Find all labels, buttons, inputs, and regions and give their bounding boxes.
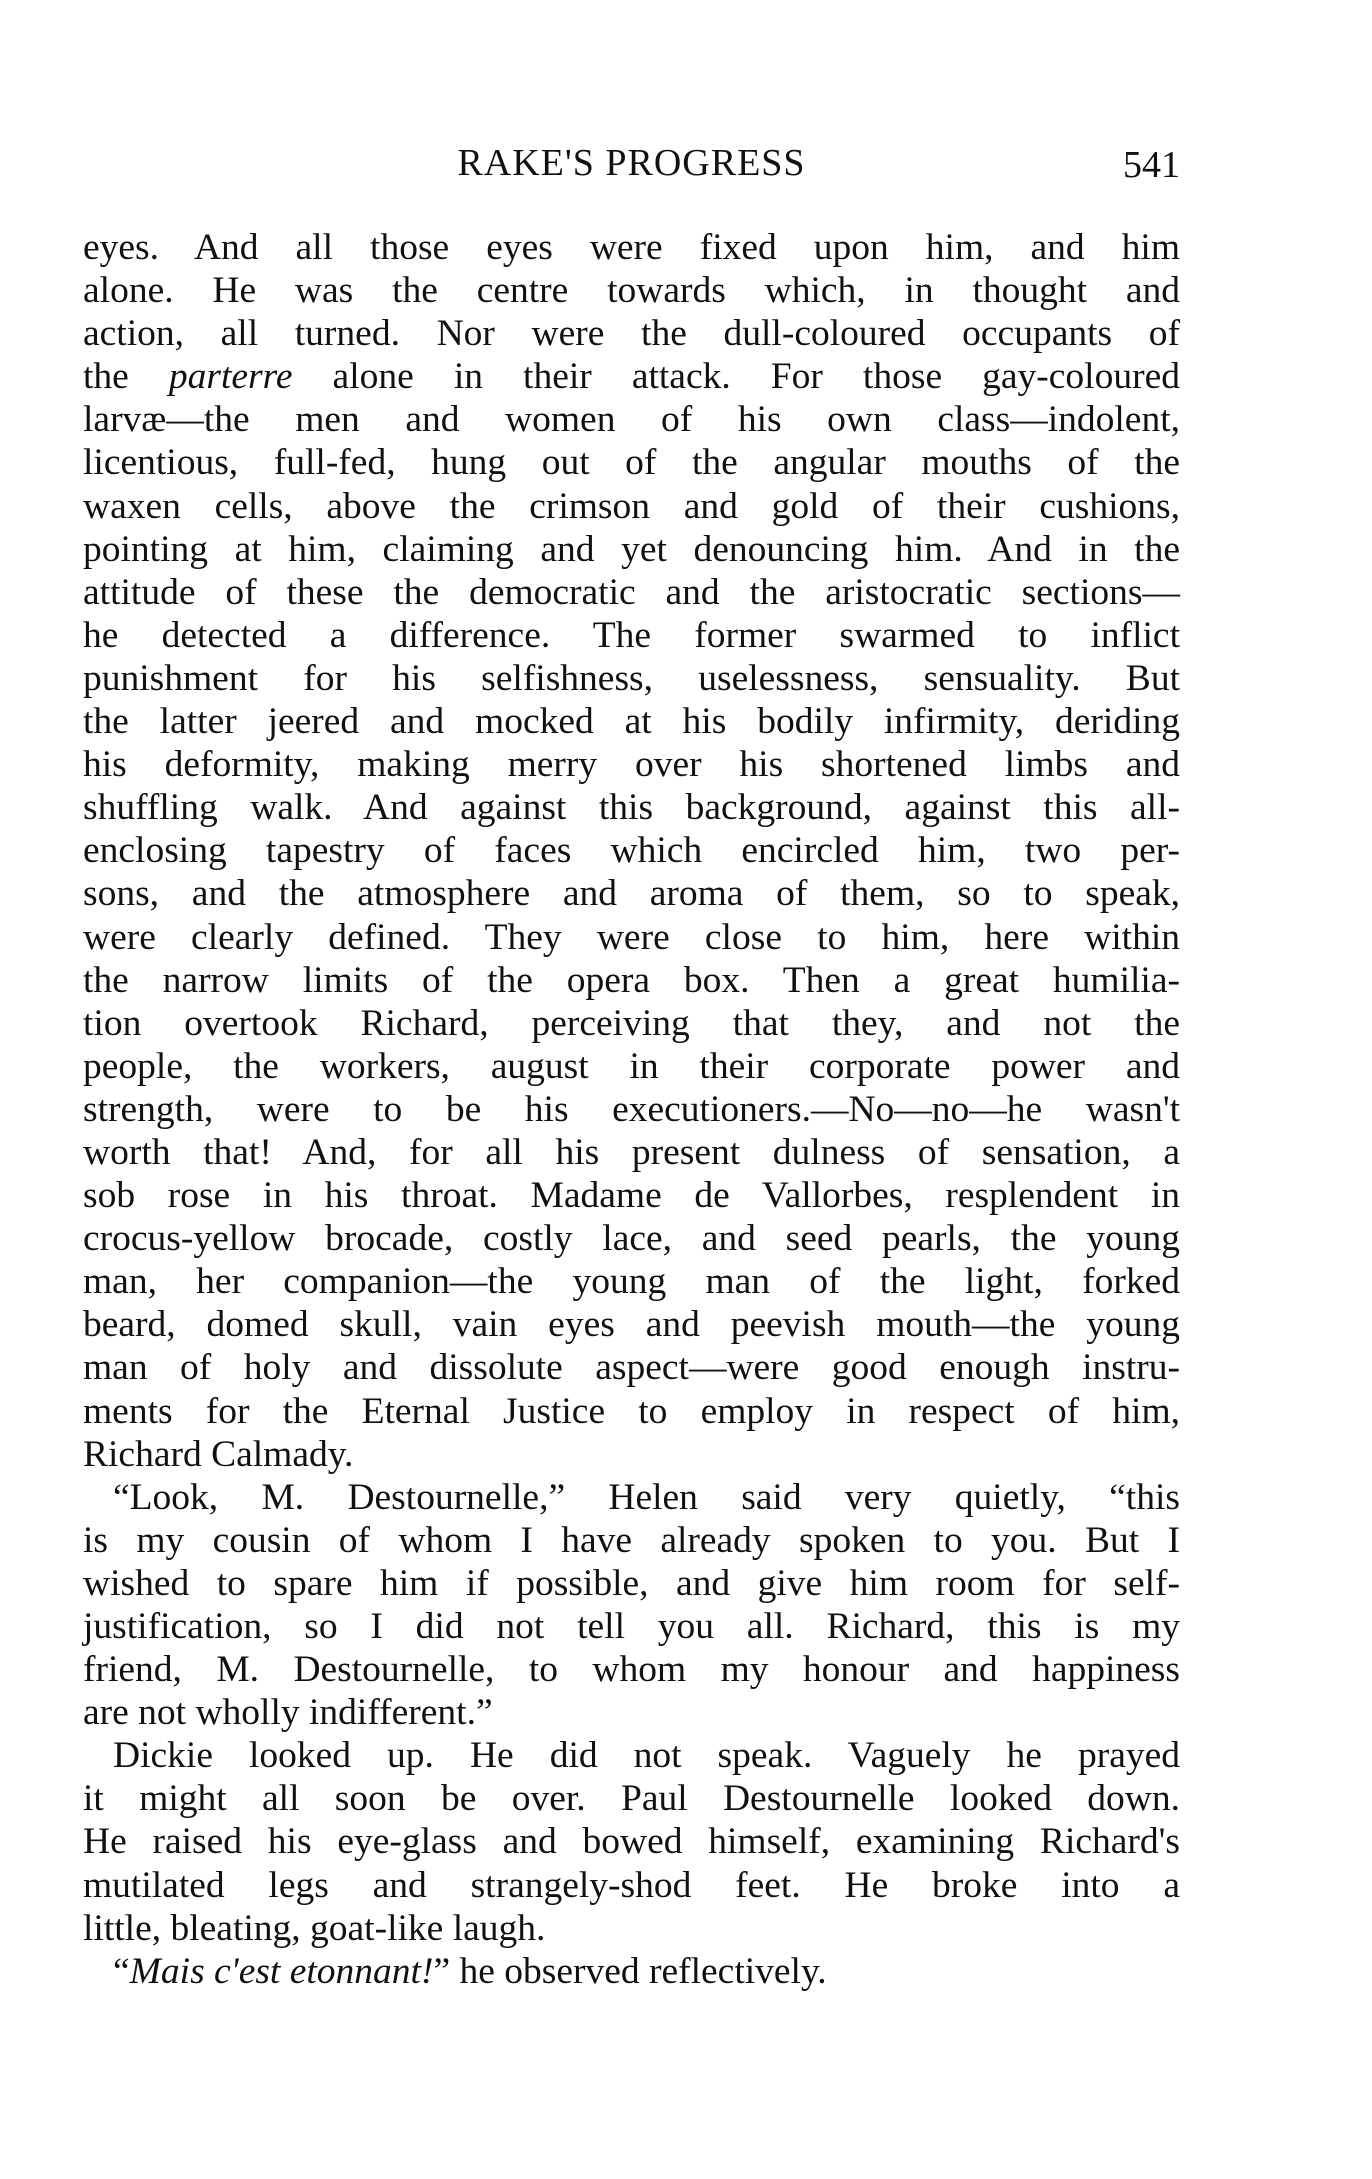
text-line: He raised his eye-glass and bowed himsel… (83, 1820, 1180, 1863)
text-line: the narrow limits of the opera box. Then… (83, 959, 1180, 1002)
text-line: waxen cells, above the crimson and gold … (83, 485, 1180, 528)
text-line: sob rose in his throat. Madame de Vallor… (83, 1174, 1180, 1217)
running-head: RAKE'S PROGRESS 541 (83, 138, 1180, 188)
text-line: sons, and the atmosphere and aroma of th… (83, 872, 1180, 915)
text-line: it might all soon be over. Paul Destourn… (83, 1777, 1180, 1820)
text-line: strength, were to be his executioners.—N… (83, 1088, 1180, 1131)
text-line: his deformity, making merry over his sho… (83, 743, 1180, 786)
text-line: attitude of these the democratic and the… (83, 571, 1180, 614)
text-line: Richard Calmady. (83, 1433, 1180, 1476)
text-line: wished to spare him if possible, and giv… (83, 1562, 1180, 1605)
italic-phrase: parterre (169, 356, 293, 397)
page-number: 541 (1123, 140, 1180, 190)
text-line: alone. He was the centre towards which, … (83, 269, 1180, 312)
text-line: pointing at him, claiming and yet denoun… (83, 528, 1180, 571)
paragraph: “Look, M. Destournelle,” Helen said very… (83, 1476, 1180, 1735)
text-line: man of holy and dissolute aspect—were go… (83, 1346, 1180, 1389)
text-line: eyes. And all those eyes were fixed upon… (83, 226, 1180, 269)
text-line: man, her companion—the young man of the … (83, 1260, 1180, 1303)
text-line: shuffling walk. And against this backgro… (83, 786, 1180, 829)
body-text: eyes. And all those eyes were fixed upon… (83, 226, 1180, 1993)
text-line: the latter jeered and mocked at his bodi… (83, 700, 1180, 743)
text-line: ments for the Eternal Justice to employ … (83, 1390, 1180, 1433)
text-line: crocus-yellow brocade, costly lace, and … (83, 1217, 1180, 1260)
text-line: action, all turned. Nor were the dull-co… (83, 312, 1180, 355)
text-line: punishment for his selfishness, uselessn… (83, 657, 1180, 700)
paragraph: Dickie looked up. He did not speak. Vagu… (83, 1734, 1180, 1949)
text-line: were clearly defined. They were close to… (83, 916, 1180, 959)
text-line: tion overtook Richard, perceiving that t… (83, 1002, 1180, 1045)
text-line: the parterre alone in their attack. For … (83, 355, 1180, 398)
text-line: Dickie looked up. He did not speak. Vagu… (83, 1734, 1180, 1777)
book-page: RAKE'S PROGRESS 541 eyes. And all those … (0, 0, 1372, 2179)
text-line: friend, M. Destournelle, to whom my hono… (83, 1648, 1180, 1691)
paragraph: eyes. And all those eyes were fixed upon… (83, 226, 1180, 1476)
text-line: “Mais c'est etonnant!” he observed refle… (83, 1950, 1180, 1993)
text-line: “Look, M. Destournelle,” Helen said very… (83, 1476, 1180, 1519)
text-line: little, bleating, goat-like laugh. (83, 1907, 1180, 1950)
text-line: larvæ—the men and women of his own class… (83, 398, 1180, 441)
text-line: justification, so I did not tell you all… (83, 1605, 1180, 1648)
text-line: beard, domed skull, vain eyes and peevis… (83, 1303, 1180, 1346)
text-line: mutilated legs and strangely-shod feet. … (83, 1864, 1180, 1907)
italic-phrase: Mais c'est etonnant! (130, 1951, 434, 1992)
text-line: is my cousin of whom I have already spok… (83, 1519, 1180, 1562)
running-title: RAKE'S PROGRESS (83, 138, 1180, 188)
text-line: worth that! And, for all his present dul… (83, 1131, 1180, 1174)
paragraph: “Mais c'est etonnant!” he observed refle… (83, 1950, 1180, 1993)
text-line: people, the workers, august in their cor… (83, 1045, 1180, 1088)
text-line: he detected a difference. The former swa… (83, 614, 1180, 657)
text-line: licentious, full-fed, hung out of the an… (83, 441, 1180, 484)
text-line: are not wholly indifferent.” (83, 1691, 1180, 1734)
text-line: enclosing tapestry of faces which encirc… (83, 829, 1180, 872)
